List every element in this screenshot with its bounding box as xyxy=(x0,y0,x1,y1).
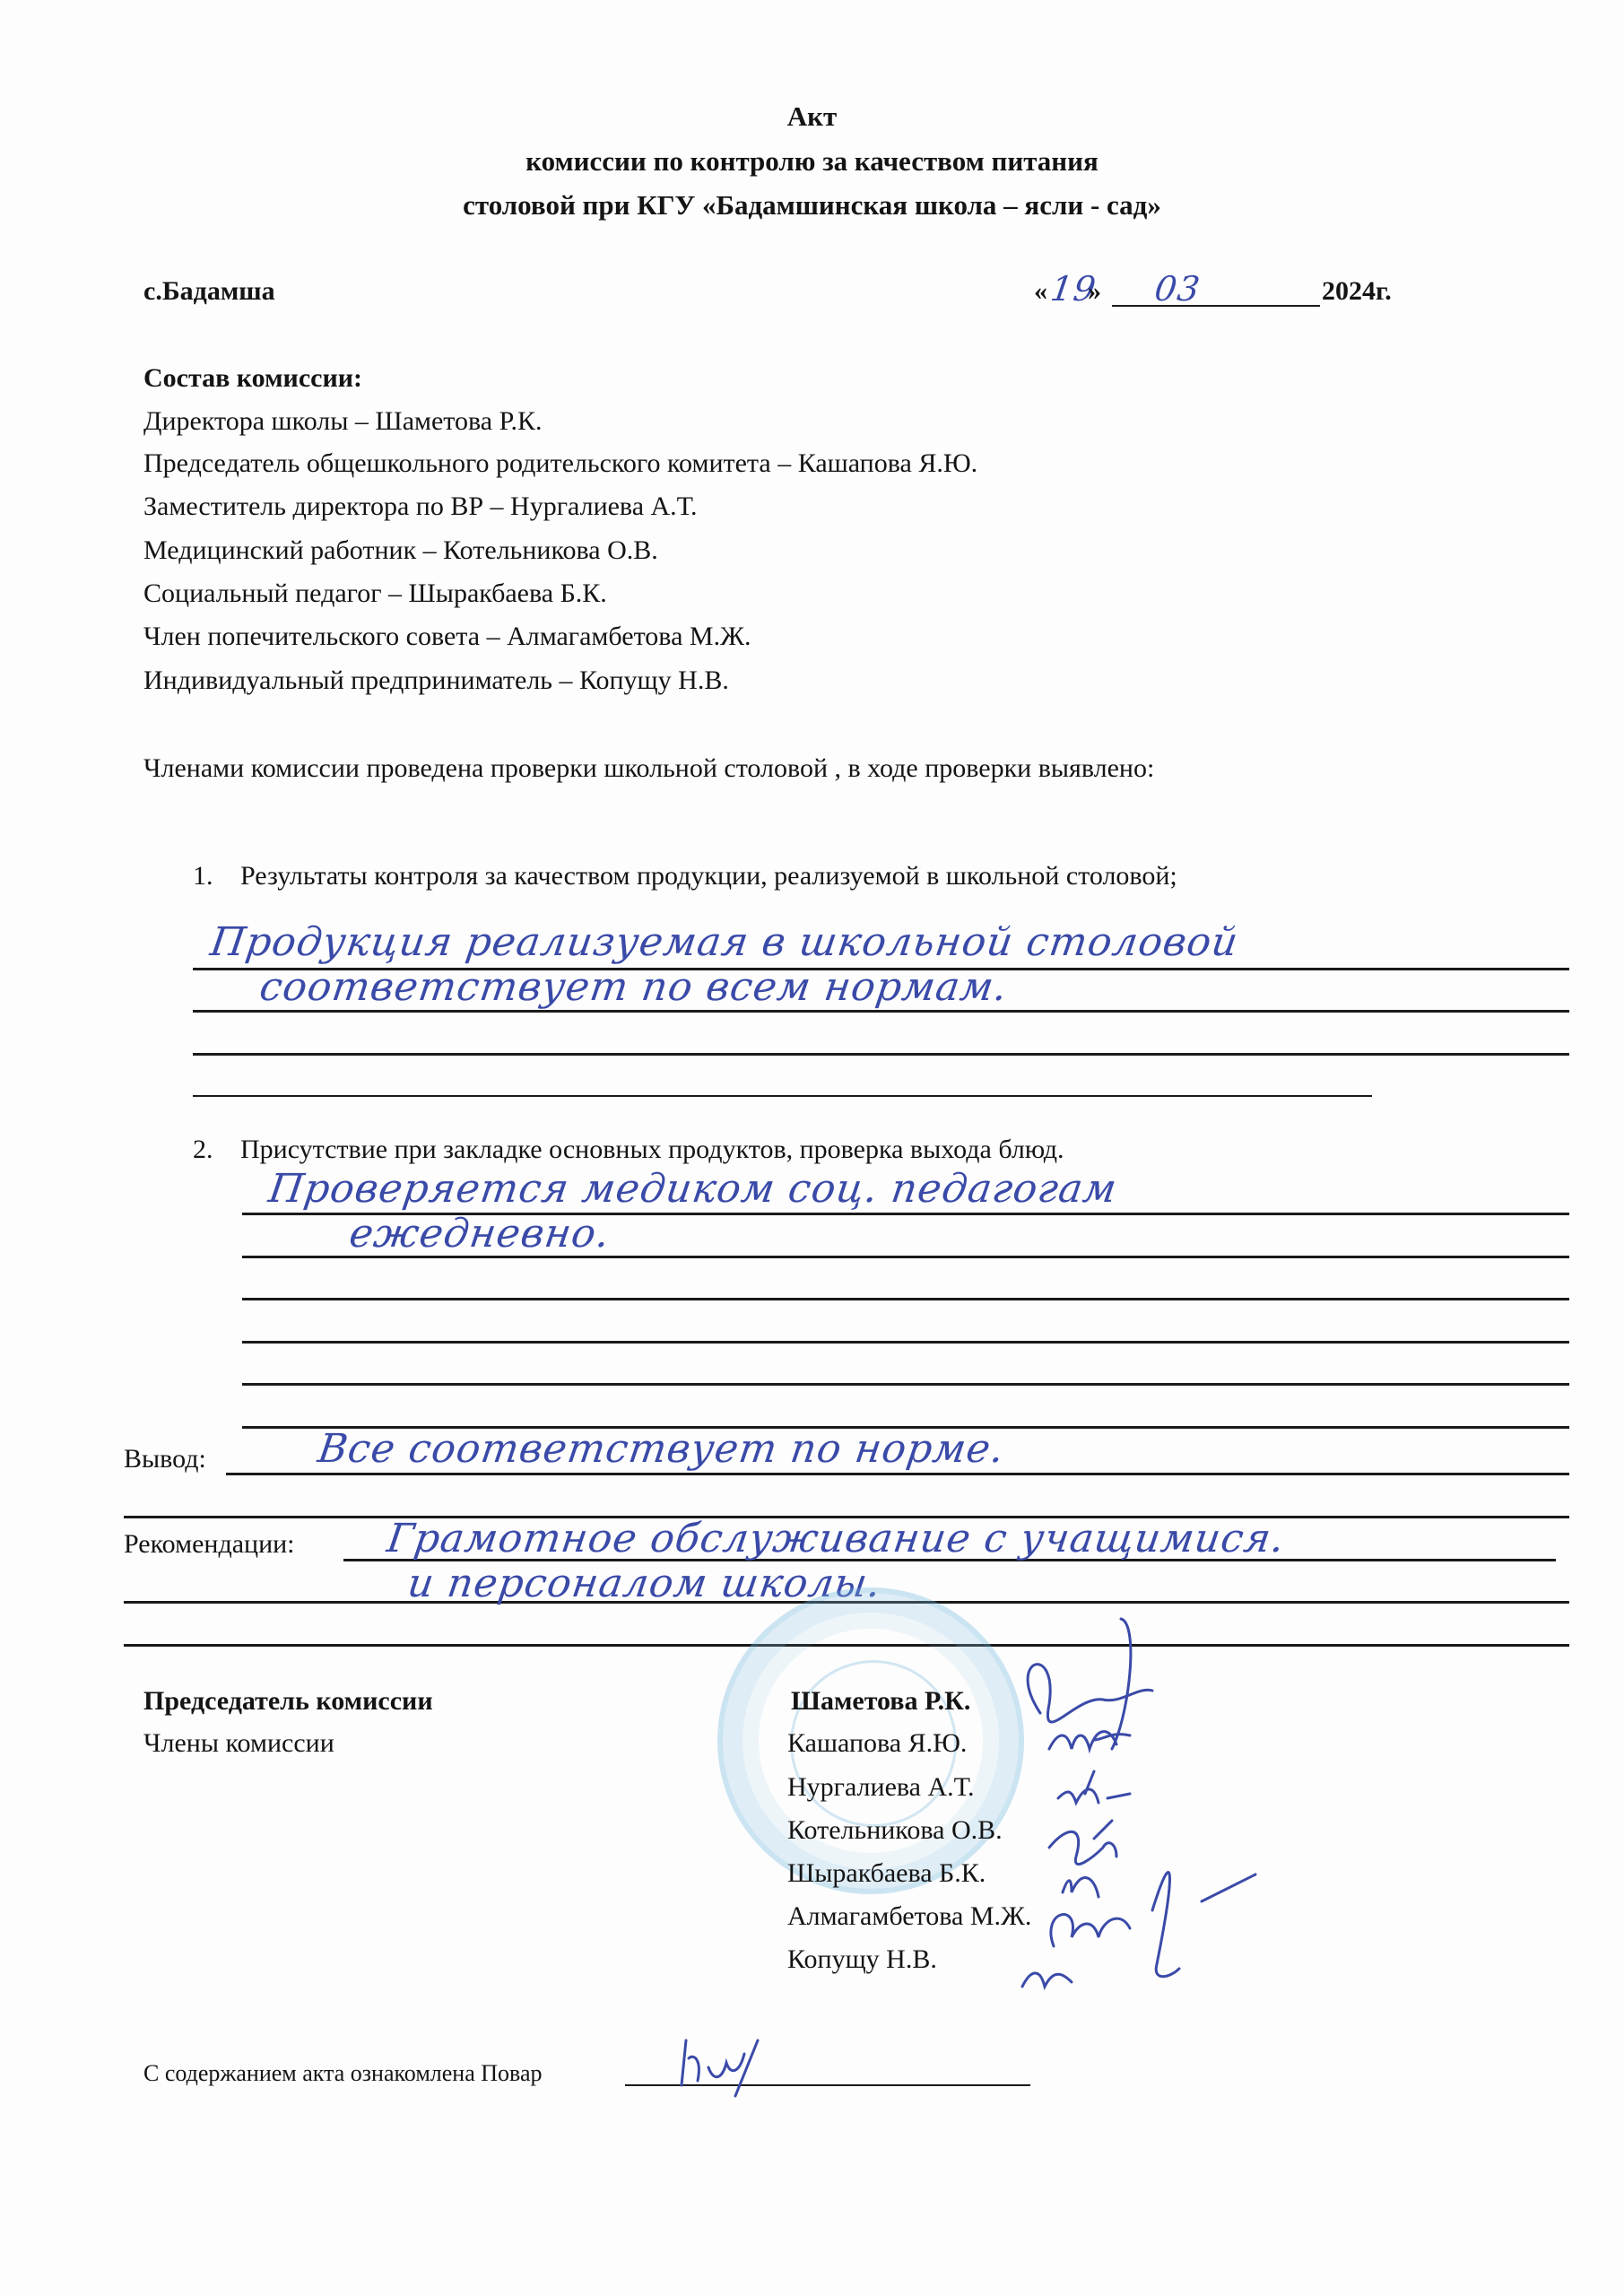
recommendations-label: Рекомендации: xyxy=(124,1529,295,1560)
document-subtitle-1: комиссии по контролю за качеством питани… xyxy=(0,145,1624,178)
place-label: с.Бадамша xyxy=(143,276,275,307)
section-2-handwritten-line-1: Проверяется медиком соц. педагогам xyxy=(265,1166,1120,1212)
commission-member: Индивидуальный предприниматель – Копущу … xyxy=(143,665,729,696)
commission-member: Медицинский работник – Котельникова О.В. xyxy=(143,535,658,566)
section-1-handwritten-line-2: соответствует по всем нормам. xyxy=(256,964,1011,1010)
conclusion-label: Вывод: xyxy=(124,1444,206,1474)
section-2-handwritten-line-2: ежедневно. xyxy=(346,1211,612,1257)
chair-name: Шаметова Р.К. xyxy=(791,1686,970,1717)
commission-member: Директора школы – Шаметова Р.К. xyxy=(143,406,543,437)
section-2-label: Присутствие при закладке основных продук… xyxy=(240,1135,1064,1165)
member-name: Шыракбаева Б.К. xyxy=(787,1858,986,1889)
document-title: Акт xyxy=(0,100,1624,133)
section-2-number: 2. xyxy=(193,1135,213,1165)
section-1-line xyxy=(193,1095,1372,1097)
section-2-line xyxy=(242,1298,1569,1300)
date-month-line xyxy=(1112,305,1320,307)
section-1-label: Результаты контроля за качеством продукц… xyxy=(240,861,1177,891)
date-close-quote: » xyxy=(1088,276,1101,307)
section-1-handwritten-line-1: Продукция реализуемая в школьной столово… xyxy=(207,919,1241,965)
commission-member: Социальный педагог – Шыракбаева Б.К. xyxy=(143,578,607,609)
section-2-line xyxy=(242,1341,1569,1344)
section-1-line xyxy=(193,1010,1569,1013)
date-month: 03 xyxy=(1152,269,1203,309)
section-2-line xyxy=(242,1383,1569,1386)
conclusion-handwritten: Все соответствует по норме. xyxy=(315,1426,1007,1472)
chair-label: Председатель комиссии xyxy=(143,1686,433,1717)
section-1-number: 1. xyxy=(193,861,213,891)
date-year: 2024г. xyxy=(1322,276,1392,307)
member-name: Котельникова О.В. xyxy=(787,1815,1003,1846)
date-open-quote: « xyxy=(1034,276,1047,307)
document-subtitle-2: столовой при КГУ «Бадамшинская школа – я… xyxy=(0,189,1624,222)
member-name: Кашапова Я.Ю. xyxy=(787,1728,967,1759)
section-1-line xyxy=(193,1053,1569,1056)
recommendations-handwritten-line-1: Грамотное обслуживание с учащимися. xyxy=(384,1516,1288,1561)
members-label: Члены комиссии xyxy=(143,1728,334,1759)
inspection-intro: Членами комиссии проведена проверки школ… xyxy=(143,753,1154,784)
commission-member: Член попечительского совета – Алмагамбет… xyxy=(143,622,751,652)
commission-heading: Состав комиссии: xyxy=(143,363,362,394)
signature-scribbles-icon xyxy=(986,1605,1363,1991)
conclusion-line xyxy=(226,1473,1569,1475)
commission-member: Председатель общешкольного родительского… xyxy=(143,448,977,479)
acknowledgement-label: С содержанием акта ознакомлена Повар xyxy=(143,2060,543,2087)
member-name: Нургалиева А.Т. xyxy=(787,1772,974,1803)
cook-signature-icon xyxy=(673,2031,780,2099)
member-name: Копущу Н.В. xyxy=(787,1944,937,1975)
commission-member: Заместитель директора по ВР – Нургалиева… xyxy=(143,491,698,522)
